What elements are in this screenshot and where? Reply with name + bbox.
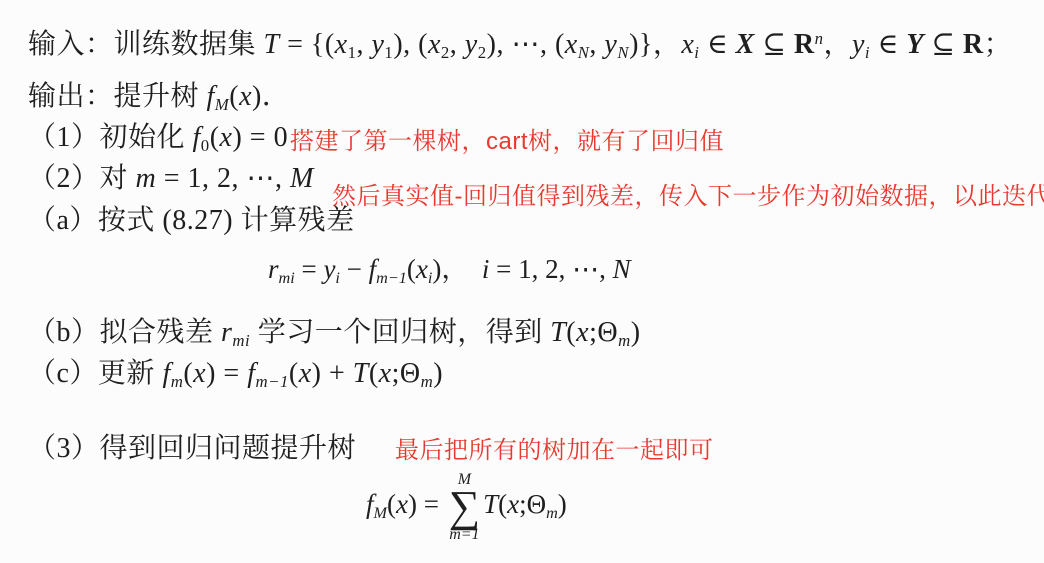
step-2a-compute-residual-line: （a）按式 (8.27) 计算残差 [28, 198, 355, 238]
step-3-result-line: （3）得到回归问题提升树 [28, 426, 356, 466]
residual-formula: rmi = yi − fm−1(xi)， i = 1, 2, ⋯, N [268, 247, 631, 288]
step-1-initialize-line: （1）初始化 f0(x) = 0 [28, 115, 288, 156]
algorithm-output-line: 输出：提升树 fM(x)． [28, 74, 290, 115]
step-2-loop-line: （2）对 m = 1, 2, ⋯, M [28, 156, 314, 196]
annotation-note-first-tree: 搭建了第一棵树，cart树，就有了回归值 [290, 121, 724, 156]
annotation-note-residual-iteration: 然后真实值-回归值得到残差，传入下一步作为初始数据，以此迭代 [332, 176, 1044, 211]
boosting-tree-sum-formula: fM(x) = M∑m=1T(x;Θm) [366, 472, 567, 542]
step-2b-fit-regression-tree-line: （b）拟合残差 rmi 学习一个回归树，得到 T(x;Θm) [28, 310, 641, 351]
textbook-page: 输入：训练数据集 T = {(x1, y1), (x2, y2), ⋯, (xN… [0, 0, 1044, 563]
annotation-note-sum-trees: 最后把所有的树加在一起即可 [395, 430, 714, 465]
summation-symbol: M∑m=1 [449, 472, 480, 542]
algorithm-input-line: 输入：训练数据集 T = {(x1, y1), (x2, y2), ⋯, (xN… [28, 22, 1012, 63]
step-2c-update-line: （c）更新 fm(x) = fm−1(x) + T(x;Θm) [28, 351, 443, 392]
